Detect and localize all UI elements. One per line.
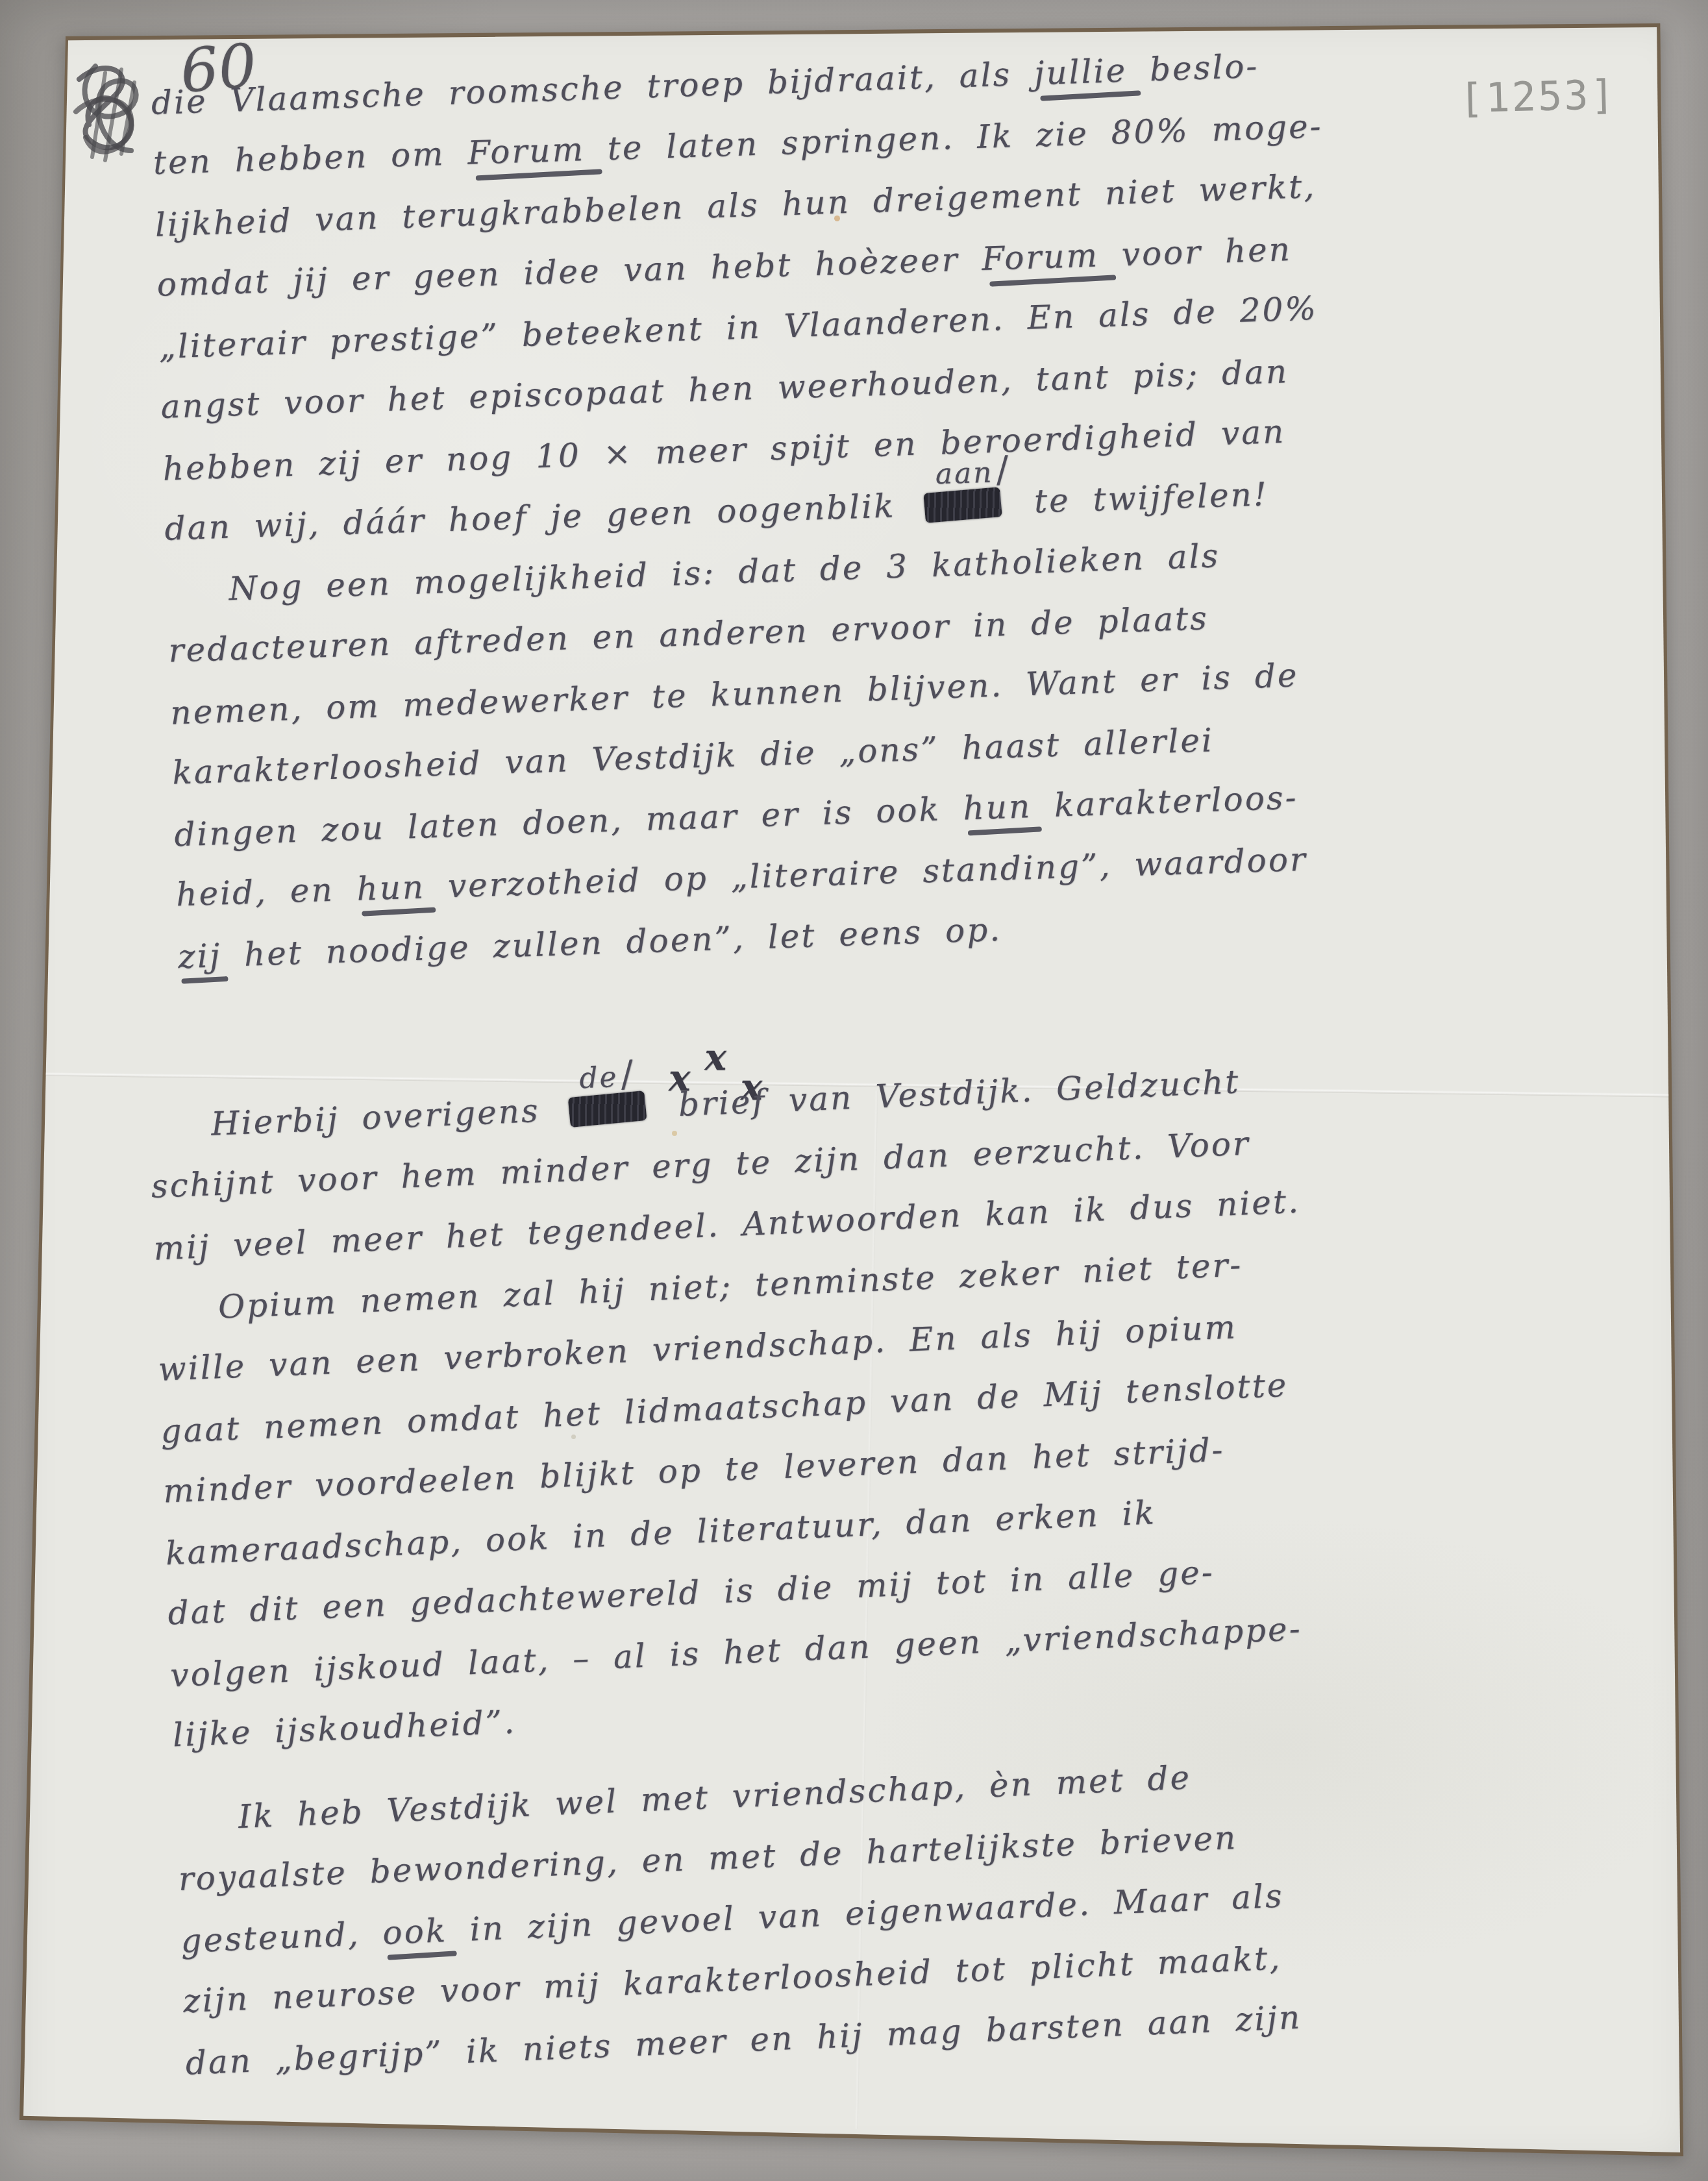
- text-run: heid, en: [175, 870, 357, 914]
- inserted-word: de: [578, 1053, 636, 1098]
- section-divider-xxx: xxx: [669, 1037, 734, 1080]
- underlined-word: hun: [356, 868, 426, 907]
- paragraph: Ik heb Vestdijk wel met vriendschap, èn …: [175, 1755, 1334, 2104]
- underlined-word: jullie: [1033, 52, 1128, 93]
- divider-x-mark: x: [704, 1036, 726, 1079]
- text-run: Hierbij overigens: [210, 1090, 563, 1142]
- text-run: die Vlaamsche roomsche troep bijdraait, …: [151, 55, 1035, 122]
- inline-correction: aan: [924, 484, 1002, 524]
- underlined-word: Forum: [467, 130, 585, 172]
- text-run: Ik heb Vestdijk wel met vriendschap, èn …: [238, 1758, 1192, 1836]
- text-run: te twijfelen!: [1011, 475, 1269, 521]
- letter-page: 60 [1253] die Vlaamsche roomsche troep b…: [0, 0, 1708, 2181]
- paragraph: Nog een mogelijkheid is: dat de 3 kathol…: [166, 534, 1349, 998]
- handwritten-text-upper: die Vlaamsche roomsche troep bijdraait, …: [151, 46, 1349, 998]
- handwritten-text-lower: Hierbij overigens de brief van Vestdijk.…: [148, 1062, 1334, 2104]
- text-run: karakterloos-: [1031, 778, 1298, 825]
- inline-correction: de: [568, 1087, 646, 1128]
- letter-paper-wrapper: 60 [1253] die Vlaamsche roomsche troep b…: [0, 0, 1708, 2181]
- paragraph: die Vlaamsche roomsche troep bijdraait, …: [151, 46, 1335, 571]
- underlined-word: zij: [177, 937, 222, 976]
- paragraph: Opium nemen zal hij niet; tenminste zeke…: [155, 1244, 1321, 1777]
- catalog-number: [1253]: [1459, 71, 1617, 122]
- underlined-word: Forum: [981, 236, 1099, 278]
- underlined-word: ook: [382, 1912, 448, 1952]
- text-run: beslo-: [1126, 47, 1259, 90]
- text-run: gesteund,: [180, 1914, 383, 1960]
- text-run: voor hen: [1098, 230, 1293, 274]
- underlined-word: hun: [963, 787, 1032, 828]
- scanner-background: 60 [1253] die Vlaamsche roomsche troep b…: [0, 0, 1708, 2181]
- inserted-word: aan: [935, 449, 1011, 493]
